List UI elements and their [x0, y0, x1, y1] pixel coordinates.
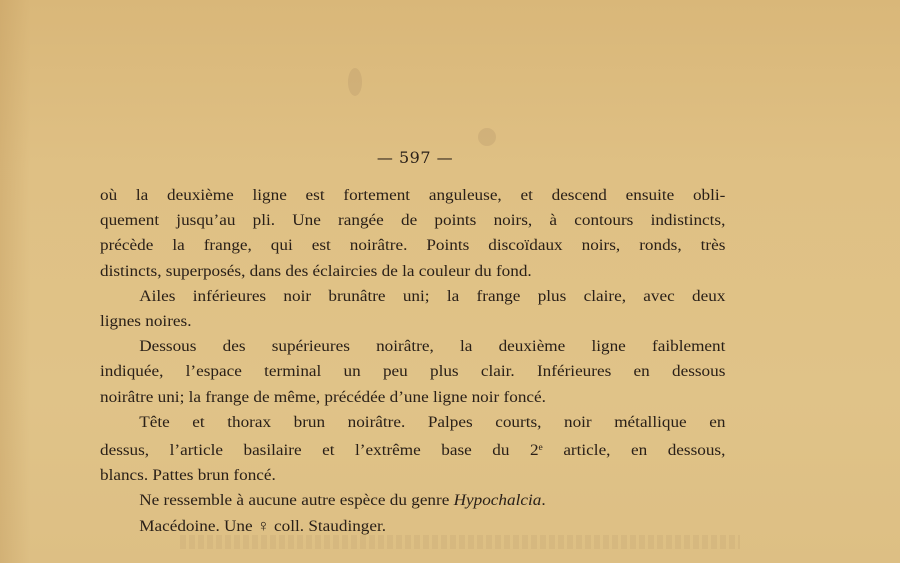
- genus-name: Hypochalcia: [454, 491, 542, 509]
- text-line: Ailes inférieures noir brunâtre uni; la …: [100, 284, 725, 309]
- page-number: — 597 —: [372, 148, 458, 167]
- page-edge-shadow: [0, 0, 30, 563]
- text-line: où la deuxième ligne est fortement angul…: [100, 183, 725, 208]
- text-line: blancs. Pattes brun foncé.: [100, 463, 725, 488]
- text-line: précède la frange, qui est noirâtre. Poi…: [100, 233, 725, 258]
- paper-stain: [348, 68, 362, 96]
- text-segment: dessus, l’article basilaire et l’extrême…: [100, 441, 530, 459]
- text-line: Dessous des supérieures noirâtre, la deu…: [100, 334, 725, 359]
- bleed-through-text: [180, 535, 740, 549]
- ordinal-number: 2: [530, 441, 539, 459]
- paper-stain: [478, 128, 496, 146]
- paragraph-1: où la deuxième ligne est fortement angul…: [100, 183, 762, 284]
- text-line: quement jusqu’au pli. Une rangée de poin…: [100, 208, 725, 233]
- paragraph-2: Ailes inférieures noir brunâtre uni; la …: [100, 284, 762, 334]
- text-segment: .: [541, 491, 545, 509]
- paragraph-4: Tête et thorax brun noirâtre. Palpes cou…: [100, 410, 762, 489]
- paragraph-3: Dessous des supérieures noirâtre, la deu…: [100, 334, 762, 410]
- text-line: Ne ressemble à aucune autre espèce du ge…: [100, 488, 725, 513]
- text-segment: Ne ressemble à aucune autre espèce du ge…: [139, 491, 453, 509]
- text-line: distincts, superposés, dans des éclairci…: [100, 259, 725, 284]
- text-line: dessus, l’article basilaire et l’extrême…: [100, 435, 725, 463]
- text-line: noirâtre uni; la frange de même, précédé…: [100, 385, 725, 410]
- text-line: Tête et thorax brun noirâtre. Palpes cou…: [100, 410, 725, 435]
- text-segment: article, en dessous,: [543, 441, 726, 459]
- paragraph-5: Ne ressemble à aucune autre espèce du ge…: [100, 488, 762, 513]
- body-text: où la deuxième ligne est fortement angul…: [100, 183, 762, 539]
- text-line: indiquée, l’espace terminal un peu plus …: [100, 359, 725, 384]
- text-line: lignes noires.: [100, 309, 725, 334]
